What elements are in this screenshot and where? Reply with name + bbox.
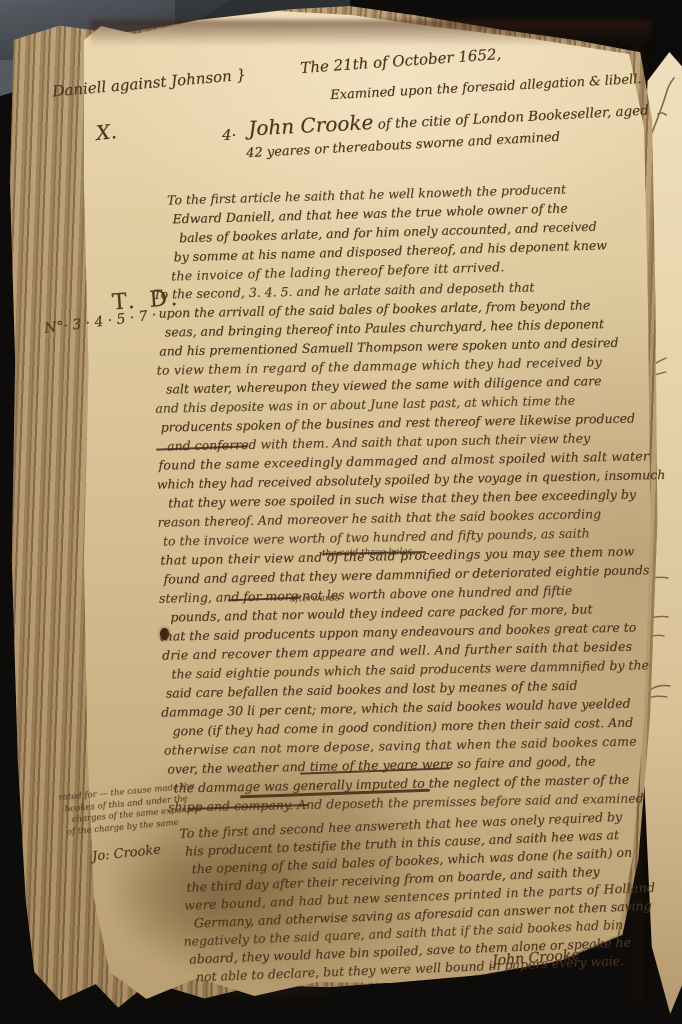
interlineation: afterwards [290,594,340,605]
top-edge-shadow [90,20,650,46]
reference-mark: X. [95,119,118,145]
paragraph-first-article: To the first article he saith that he we… [167,177,639,285]
article-mark: 4· [222,126,236,144]
paragraph-second-article: To the second, 3. 4. 5. and he arlate sa… [153,275,649,816]
photograph-of-manuscript: Daniell against Johnson } X. 4· The 21th… [0,0,682,1024]
